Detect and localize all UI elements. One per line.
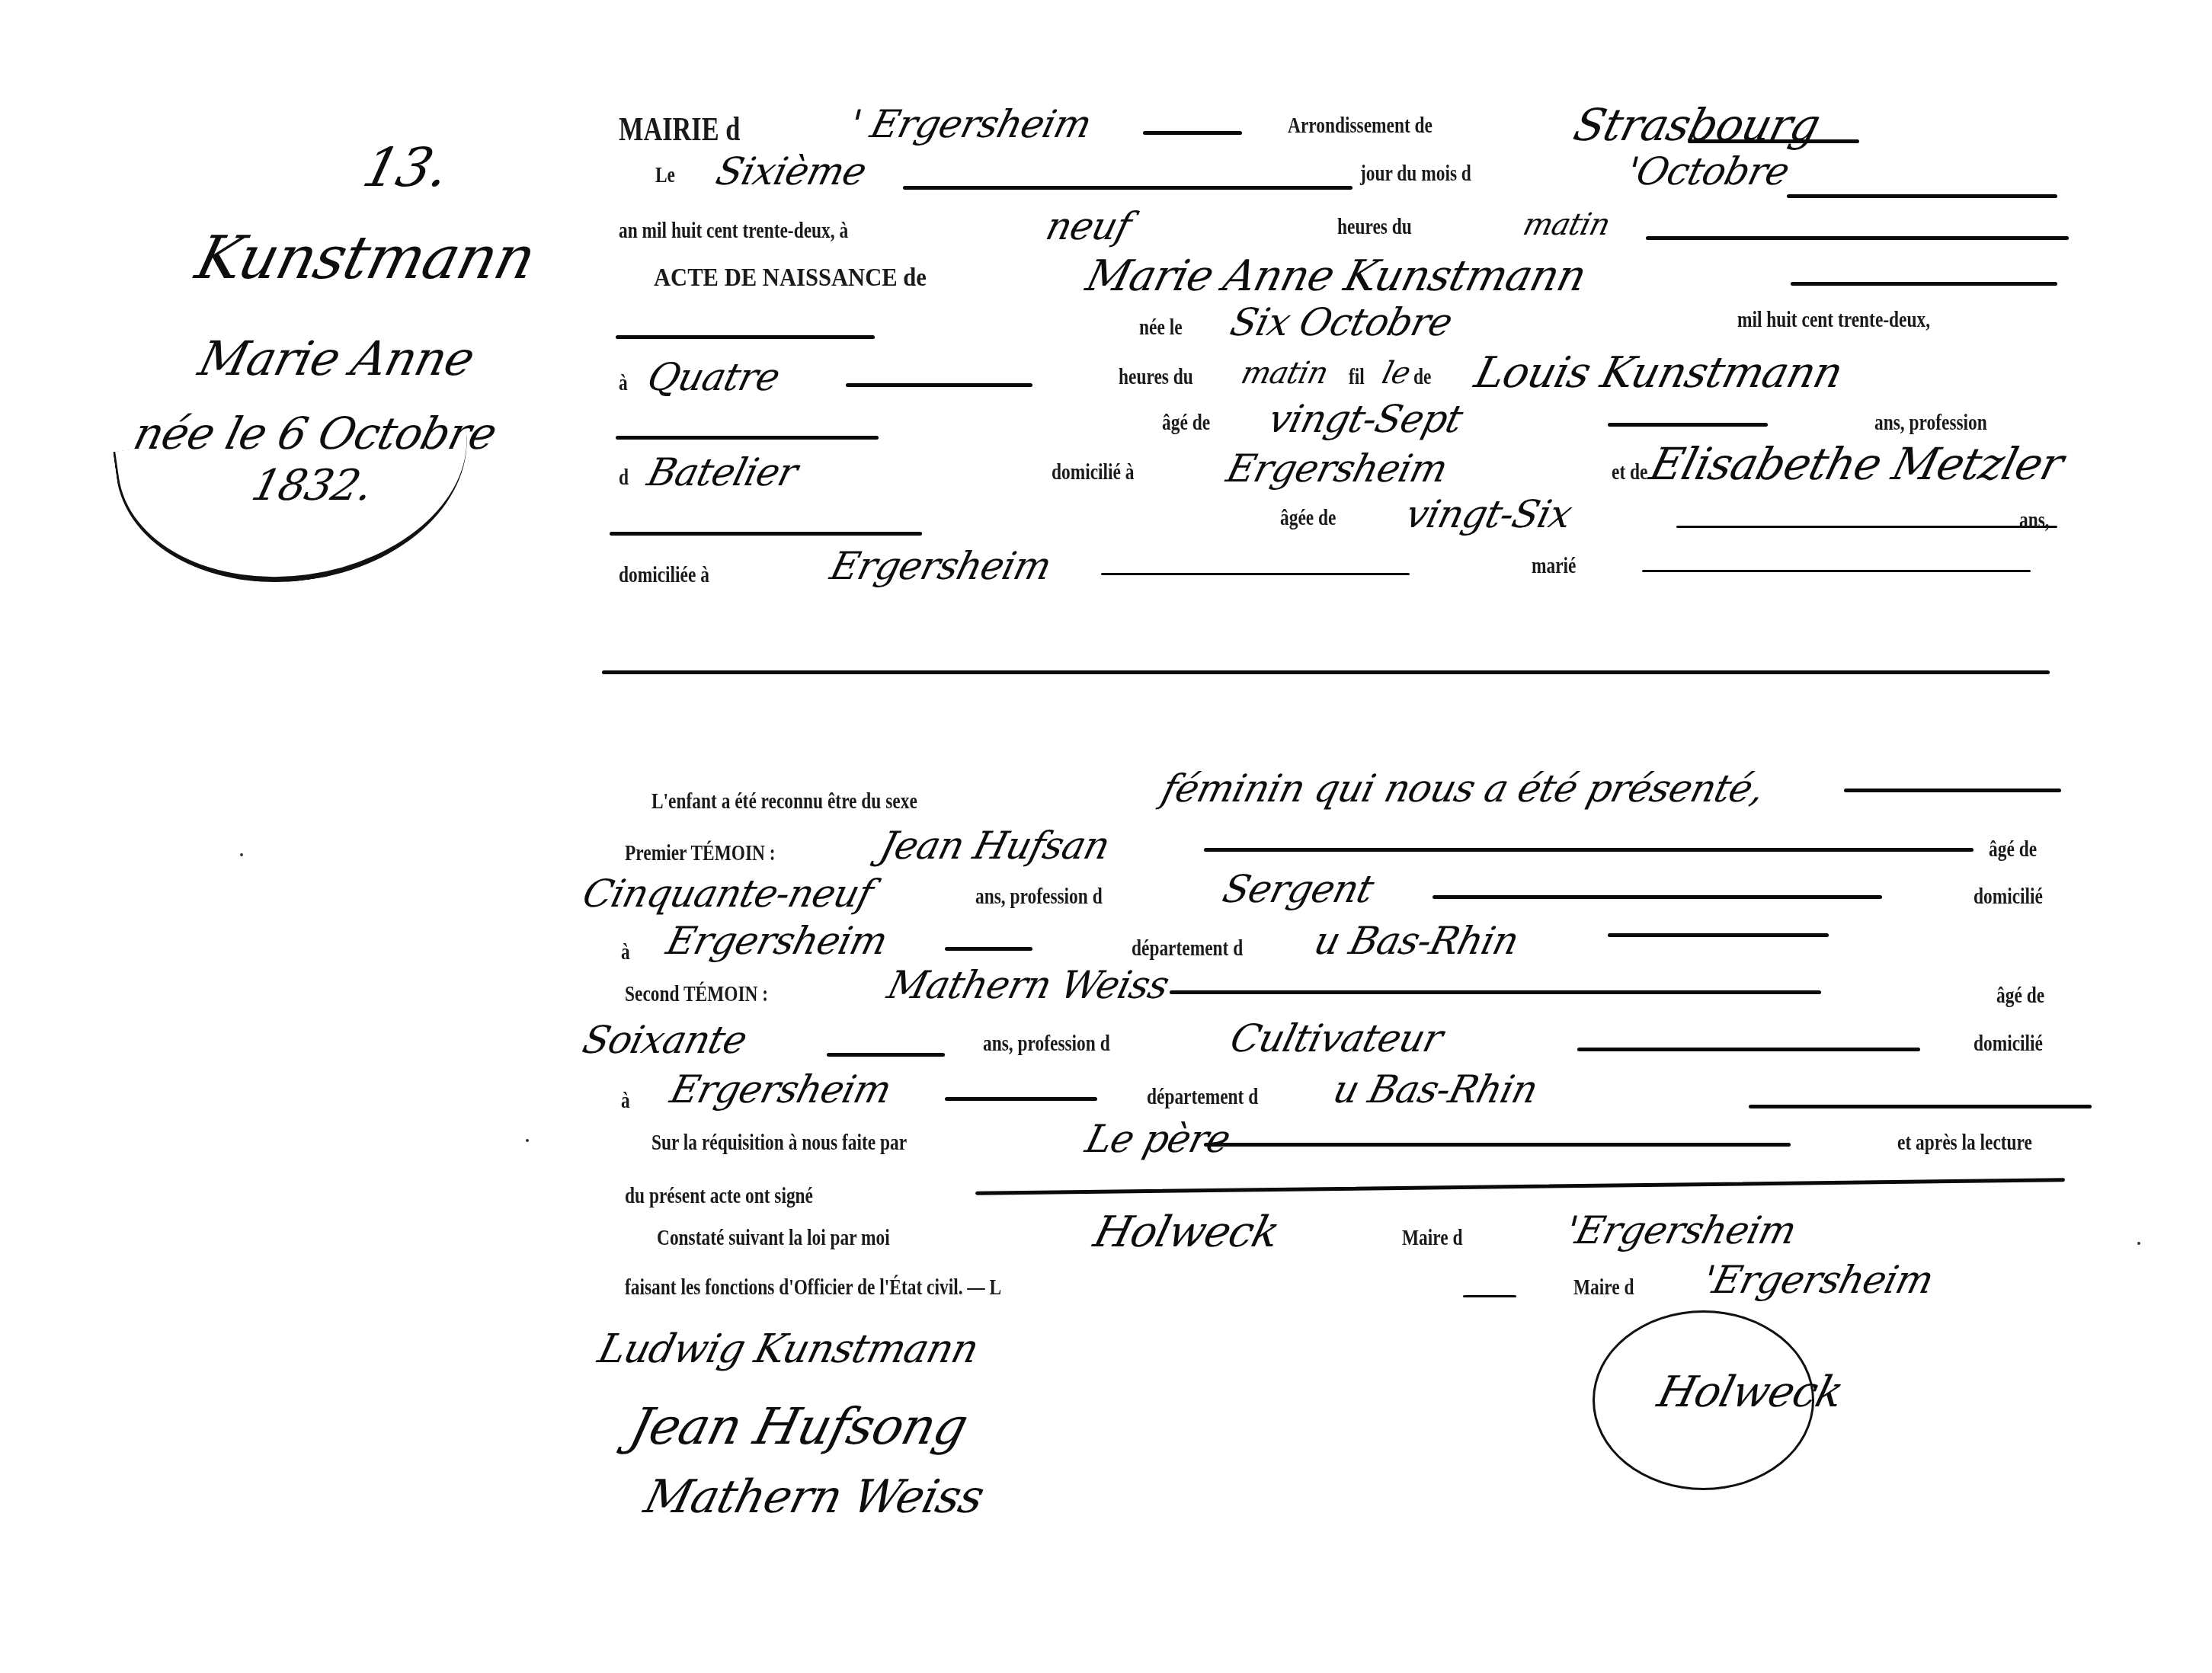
acte-label: ACTE DE NAISSANCE de (654, 265, 927, 291)
witness1-name: Jean Hufsan (876, 827, 1113, 865)
fill-line (827, 1053, 945, 1057)
fill-line (1676, 526, 2057, 528)
fonctions-label: faisant les fonctions d'Officier de l'Ét… (625, 1276, 1001, 1299)
domicilie-label: domicilié à (1052, 461, 1135, 484)
constate-label: Constaté suivant la loi par moi (657, 1227, 890, 1249)
birth-time-of-day: matin (1238, 358, 1330, 389)
signature-father: Ludwig Kunstmann (594, 1329, 982, 1369)
birth-heures-label: heures du (1119, 366, 1193, 389)
ans-label: ans, (2019, 509, 2050, 532)
child-name: Marie Anne Kunstmann (1082, 255, 1589, 298)
father-age: vingt-Sept (1265, 400, 1466, 438)
ans-profession-label: ans, profession (1874, 411, 1987, 434)
fill-line (1646, 236, 2069, 240)
signature-witness2: Mathern Weiss (640, 1474, 988, 1520)
witness1-profession: Sergent (1219, 870, 1377, 908)
fils-value: le (1379, 358, 1413, 389)
a-label: à (619, 372, 628, 395)
fill-line (616, 436, 879, 440)
domiciliee-label: domiciliée à (619, 564, 709, 587)
section-divider (602, 670, 2050, 674)
maire-label: Maire d (1402, 1227, 1463, 1249)
sex-label: L'enfant a été reconnu être du sexe (651, 790, 917, 813)
witness1-age-label: âgé de (1989, 838, 2037, 861)
mother-domicile: Ergersheim (827, 547, 1055, 585)
fill-line (1608, 933, 1829, 937)
fill-line (610, 532, 922, 536)
witness2-label: Second TÉMOIN : (625, 983, 768, 1006)
witness1-profession-label: ans, profession d (975, 885, 1103, 908)
age-label: âgé de (1162, 411, 1210, 434)
witness2-domicile-label: domicilié (1974, 1032, 2043, 1055)
year-label: an mil huit cent trente-deux, à (619, 219, 848, 242)
et-de-label: et de (1612, 461, 1647, 484)
witness2-age: Soixante (579, 1021, 751, 1059)
fill-line (1608, 423, 1768, 427)
day-value: Sixième (712, 152, 869, 190)
fill-line (1791, 282, 2057, 286)
fill-line (1143, 131, 1242, 135)
fill-line (1463, 1295, 1516, 1297)
father-profession: Batelier (644, 453, 801, 491)
fill-line (903, 186, 1352, 190)
fill-line (1787, 194, 2057, 198)
entry-number: 13. (358, 141, 454, 194)
marie-label: marié (1532, 555, 1576, 577)
mother-name: Elisabethe Metzler (1646, 442, 2067, 486)
fill-line (1204, 1143, 1791, 1147)
speck (240, 853, 243, 856)
heures-label: heures du (1337, 216, 1412, 238)
witness2-departement-label: département d (1147, 1086, 1258, 1108)
fill-line (1688, 139, 1859, 143)
fill-line (975, 1178, 2065, 1195)
nee-label: née le (1139, 316, 1183, 339)
signed-label: du présent acte ont signé (625, 1185, 813, 1208)
maire2-label: Maire d (1573, 1276, 1634, 1299)
fill-line (1204, 848, 1974, 852)
signature-witness1: Jean Hufsong (625, 1402, 972, 1452)
fill-line (945, 1097, 1097, 1101)
margin-given-names: Marie Anne (194, 335, 479, 382)
witness1-departement: u Bas-Rhin (1311, 922, 1522, 960)
maire2-value: 'Ergersheim (1699, 1261, 1937, 1299)
witness1-a-label: à (621, 941, 630, 964)
month-value: 'Octobre (1623, 152, 1793, 190)
lecture-label: et après la lecture (1897, 1131, 2032, 1154)
father-name: Louis Kunstmann (1471, 352, 1846, 395)
fill-line (616, 335, 875, 339)
birth-hour-value: Quatre (644, 358, 783, 396)
fill-line (1749, 1105, 2092, 1108)
witness2-domicile: Ergersheim (667, 1070, 895, 1108)
fils-label: fil (1349, 366, 1365, 389)
birth-date-value: Six Octobre (1227, 303, 1455, 341)
fill-line (1170, 990, 1821, 994)
witness2-profession: Cultivateur (1227, 1019, 1446, 1057)
witness1-label: Premier TÉMOIN : (625, 842, 776, 865)
witness2-name: Mathern Weiss (884, 966, 1173, 1004)
time-of-day-value: matin (1520, 210, 1612, 240)
speck (2137, 1242, 2140, 1245)
speck (526, 1139, 529, 1142)
fill-line (846, 383, 1032, 387)
arrondissement-label: Arrondissement de (1288, 114, 1433, 137)
witness1-domicile-label: domicilié (1974, 885, 2043, 908)
de-label: de (1413, 366, 1431, 389)
witness1-age: Cinquante-neuf (579, 875, 876, 913)
hour-value: neuf (1042, 207, 1135, 245)
mother-age-label: âgée de (1280, 507, 1336, 529)
fill-line (1433, 895, 1882, 899)
fill-line (1101, 573, 1410, 575)
mairie-label: MAIRIE d (619, 113, 740, 146)
fill-line (945, 947, 1032, 951)
witness2-age-label: âgé de (1996, 984, 2044, 1007)
le-label: Le (655, 164, 675, 187)
margin-surname: Kunstmann (190, 229, 541, 288)
mairie-value: ' Ergersheim (846, 105, 1095, 143)
mayor-name: Holweck (1090, 1211, 1283, 1254)
jour-label: jour du mois d (1360, 162, 1471, 185)
witness2-departement: u Bas-Rhin (1330, 1070, 1541, 1108)
mother-age: vingt-Six (1402, 495, 1575, 533)
witness2-profession-label: ans, profession d (983, 1032, 1110, 1055)
signature-mayor: Holweck (1653, 1371, 1847, 1414)
sex-value: féminin qui nous a été présenté, (1158, 769, 1768, 808)
witness1-domicile: Ergersheim (663, 922, 891, 960)
requisition-label: Sur la réquisition à nous faite par (651, 1131, 907, 1154)
fill-line (1577, 1048, 1920, 1051)
d-label: d (619, 466, 629, 489)
witness1-departement-label: département d (1132, 937, 1243, 960)
witness2-a-label: à (621, 1089, 630, 1112)
fill-line (1642, 570, 2031, 572)
birth-year-label: mil huit cent trente-deux, (1737, 309, 1930, 331)
requisition-value: Le père (1082, 1120, 1234, 1158)
fill-line (1844, 789, 2061, 792)
father-domicile: Ergersheim (1223, 449, 1451, 488)
maire-value: 'Ergersheim (1562, 1211, 1800, 1249)
